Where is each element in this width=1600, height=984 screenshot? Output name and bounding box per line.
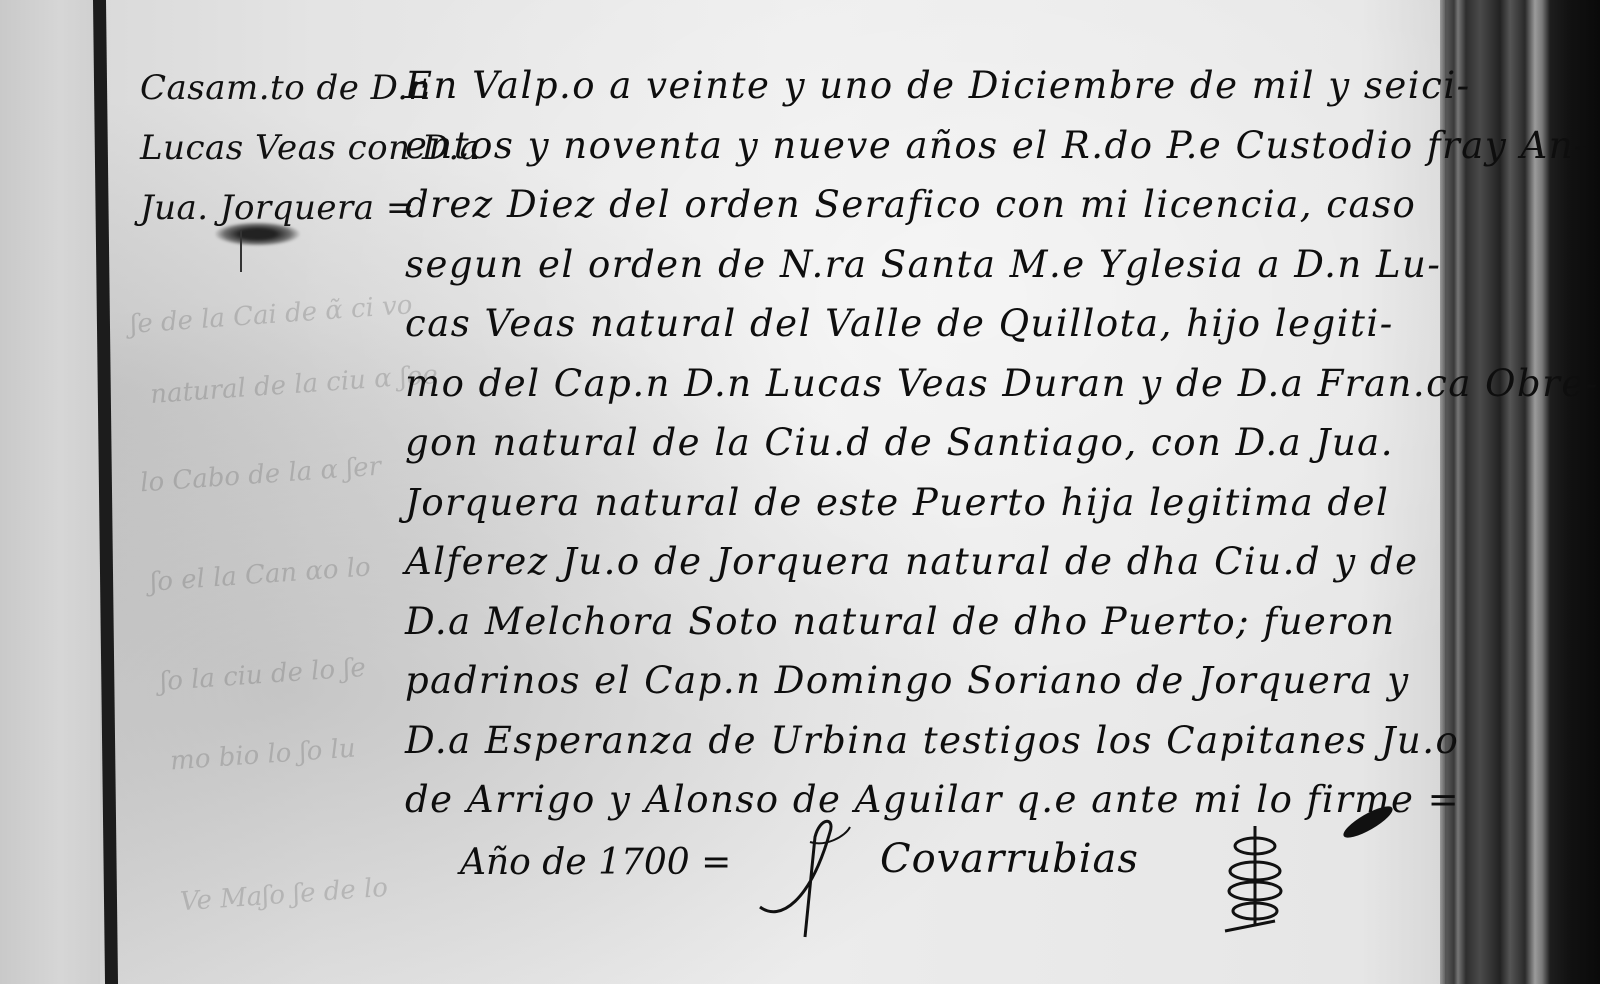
- margin-note-line: Lucas Veas con D.a: [140, 118, 410, 178]
- body-line: En Valp.o a veinte y uno de Diciembre de…: [405, 56, 1435, 116]
- ink-blot-stroke: [240, 230, 242, 272]
- record-body: En Valp.o a veinte y uno de Diciembre de…: [405, 56, 1435, 830]
- signature-date: Año de 1700 =: [460, 842, 731, 883]
- body-line: Alferez Ju.o de Jorquera natural de dha …: [405, 532, 1435, 592]
- margin-note-line: Casam.to de D.n: [140, 58, 410, 118]
- bleed-through-text: ʃo la ciu de lo ʃe: [159, 653, 367, 697]
- bleed-through-text: ʃo el la Can ɑo lo: [149, 552, 371, 597]
- bleed-through-text: lo Cabo de la ɑ ʃer: [139, 452, 382, 499]
- signature-row: Año de 1700 = Covarrubias: [460, 832, 1440, 942]
- body-line: mo del Cap.n D.n Lucas Veas Duran y de D…: [405, 354, 1435, 414]
- bleed-through-text: mo bio lo ʃo lu: [169, 734, 356, 777]
- signature-flourish-icon: [750, 812, 860, 942]
- body-line: drez Diez del orden Serafico con mi lice…: [405, 175, 1435, 235]
- ink-blot: [215, 222, 300, 246]
- body-line: gon natural de la Ciu.d de Santiago, con…: [405, 413, 1435, 473]
- manuscript-page: ʃe de la Cai de ɑ̃ ci vo natural de la c…: [0, 0, 1600, 984]
- body-line: cas Veas natural del Valle de Quillota, …: [405, 294, 1435, 354]
- body-line: Jorquera natural de este Puerto hija leg…: [405, 473, 1435, 533]
- margin-note: Casam.to de D.n Lucas Veas con D.a Jua. …: [140, 58, 410, 238]
- bleed-through-text: natural de la ciu ɑ ʃoe: [149, 360, 439, 410]
- body-line: D.a Melchora Soto natural de dho Puerto;…: [405, 592, 1435, 652]
- body-line: de Arrigo y Alonso de Aguilar q.e ante m…: [405, 770, 1435, 830]
- left-facing-page-edge: [0, 0, 100, 984]
- body-line: entos y noventa y nueve años el R.do P.e…: [405, 116, 1435, 176]
- bleed-through-text: ʃe de la Cai de ɑ̃ ci vo: [129, 290, 413, 340]
- body-line: padrinos el Cap.n Domingo Soriano de Jor…: [405, 651, 1435, 711]
- body-line: segun el orden de N.ra Santa M.e Yglesia…: [405, 235, 1435, 295]
- bleed-through-text: Ve Maʃo ʃe de lo: [179, 873, 389, 917]
- body-line: D.a Esperanza de Urbina testigos los Cap…: [405, 711, 1435, 771]
- signature-rubric-icon: [1220, 826, 1290, 936]
- signer-name: Covarrubias: [880, 836, 1139, 882]
